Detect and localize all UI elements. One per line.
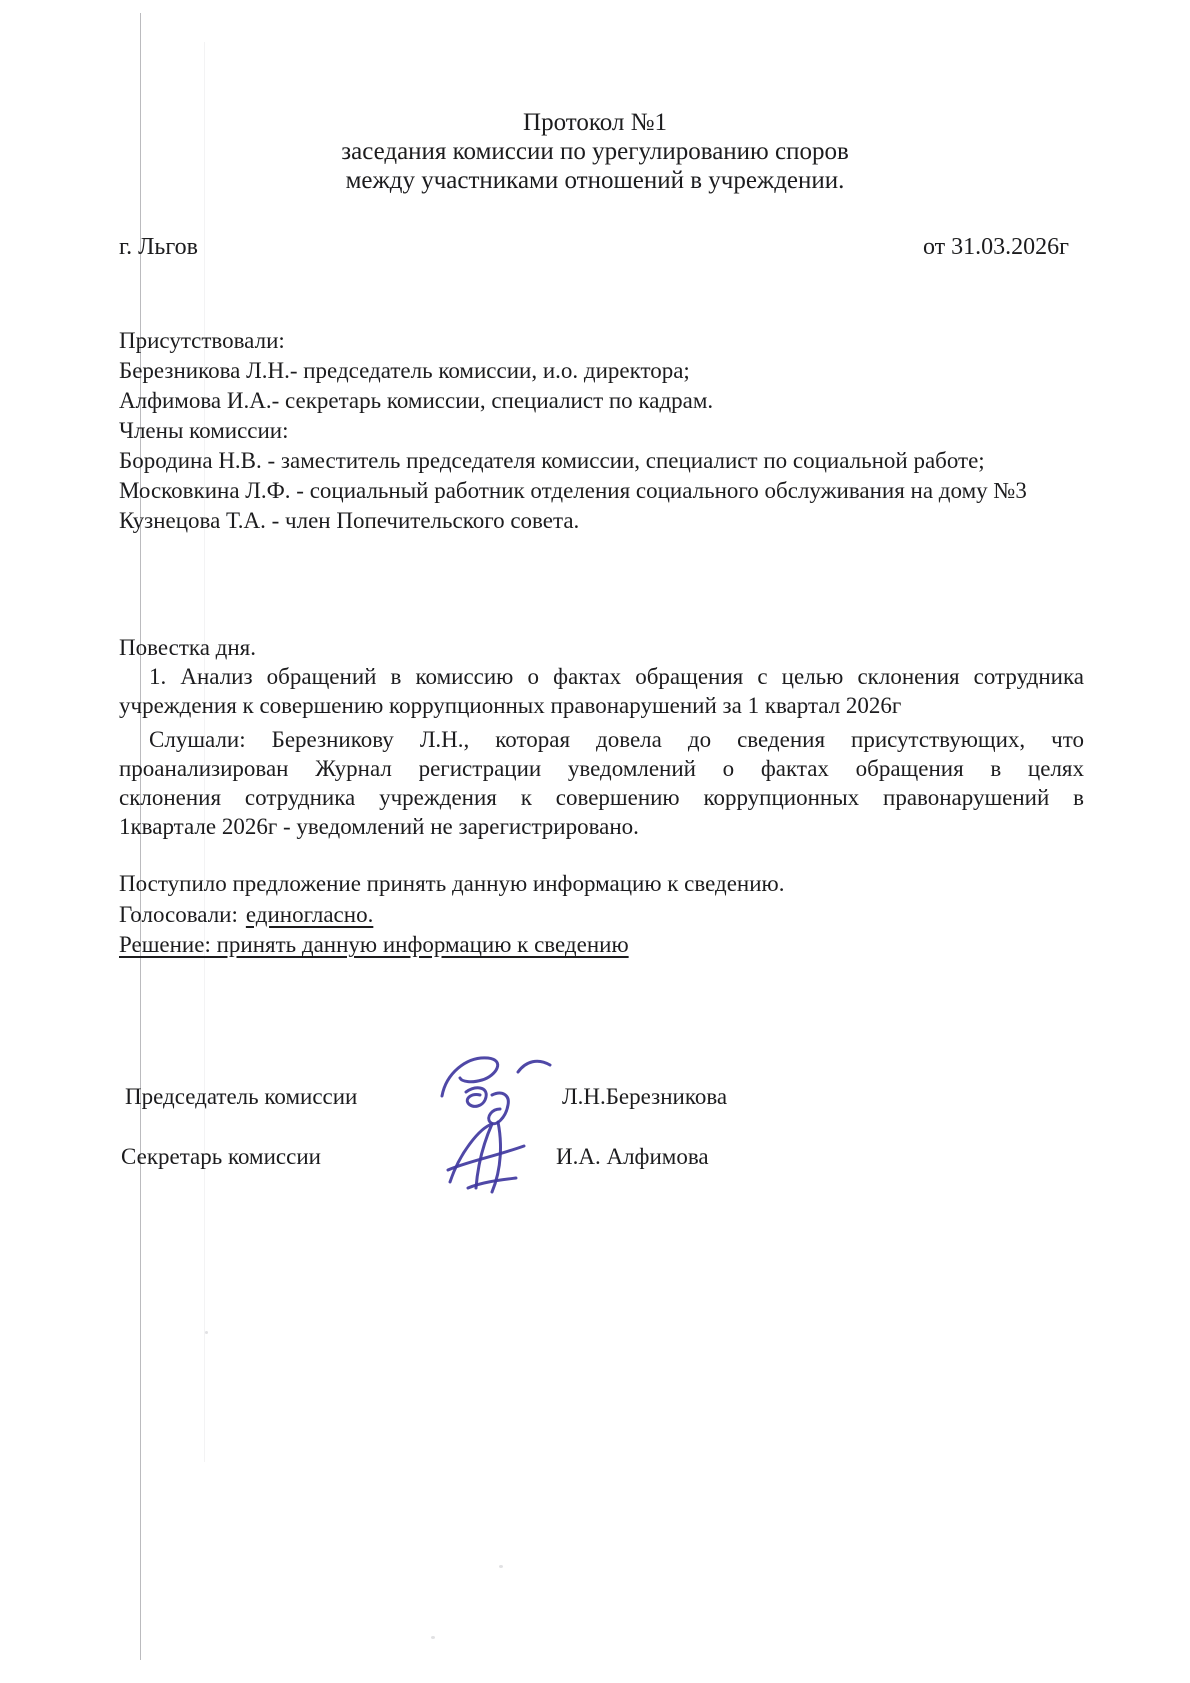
vote-label: Голосовали:: [119, 902, 238, 927]
agenda-heard-line: Слушали: Березникову Л.Н., которая довел…: [119, 725, 1084, 754]
meta-row: г. Льгов от 31.03.2026г: [119, 234, 1069, 261]
signature-role-secretary: Секретарь комиссии: [121, 1144, 321, 1170]
agenda-heading: Повестка дня.: [119, 633, 1084, 662]
signature-name-chairman: Л.Н.Березникова: [562, 1084, 727, 1110]
resolution-decision-line: Решение: принять данную информацию к све…: [119, 930, 1084, 961]
agenda-heard-line: проанализирован Журнал регистрации уведо…: [119, 754, 1084, 783]
scan-speck: [431, 1636, 435, 1639]
decision-text: Решение: принять данную информацию к све…: [119, 932, 629, 957]
agenda-item-1-line: учреждения к совершению коррупционных пр…: [119, 691, 1084, 720]
title-line-1: Протокол №1: [0, 108, 1190, 137]
resolution-vote-line: Голосовали:единогласно.: [119, 900, 1084, 931]
title-line-2: заседания комиссии по урегулированию спо…: [0, 137, 1190, 166]
attendee-line: Алфимова И.А.- секретарь комиссии, специ…: [119, 386, 1084, 416]
attendees-section: Присутствовали: Березникова Л.Н.- предсе…: [119, 326, 1084, 536]
scan-speck: [205, 1331, 208, 1334]
attendee-line: Березникова Л.Н.- председатель комиссии,…: [119, 356, 1084, 386]
title-line-3: между участниками отношений в учреждении…: [0, 166, 1190, 195]
document-title: Протокол №1 заседания комиссии по урегул…: [0, 108, 1190, 195]
attendees-members-heading: Члены комиссии:: [119, 416, 1084, 446]
attendee-line: Бородина Н.В. - заместитель председателя…: [119, 446, 1084, 476]
resolution-section: Поступило предложение принять данную инф…: [119, 869, 1084, 961]
attendees-heading: Присутствовали:: [119, 326, 1084, 356]
resolution-proposal: Поступило предложение принять данную инф…: [119, 869, 1084, 900]
attendee-line: Московкина Л.Ф. - социальный работник от…: [119, 476, 1084, 506]
signature-name-secretary: И.А. Алфимова: [556, 1144, 709, 1170]
scanned-protocol-page: Протокол №1 заседания комиссии по урегул…: [0, 0, 1190, 1683]
secretary-signature-ink: [442, 1116, 532, 1196]
date-label: от 31.03.2026г: [923, 234, 1069, 261]
signature-role-chairman: Председатель комиссии: [125, 1084, 357, 1110]
agenda-section: Повестка дня. 1. Анализ обращений в коми…: [119, 633, 1084, 841]
attendee-line: Кузнецова Т.А. - член Попечительского со…: [119, 506, 1084, 536]
scan-speck: [499, 1565, 503, 1568]
city-label: г. Льгов: [119, 234, 198, 261]
agenda-heard-line: склонения сотрудника учреждения к соверш…: [119, 783, 1084, 812]
agenda-item-1-line: 1. Анализ обращений в комиссию о фактах …: [119, 662, 1084, 691]
vote-value: единогласно.: [246, 902, 373, 927]
agenda-heard-line: 1квартале 2026г - уведомлений не зарегис…: [119, 812, 1084, 841]
